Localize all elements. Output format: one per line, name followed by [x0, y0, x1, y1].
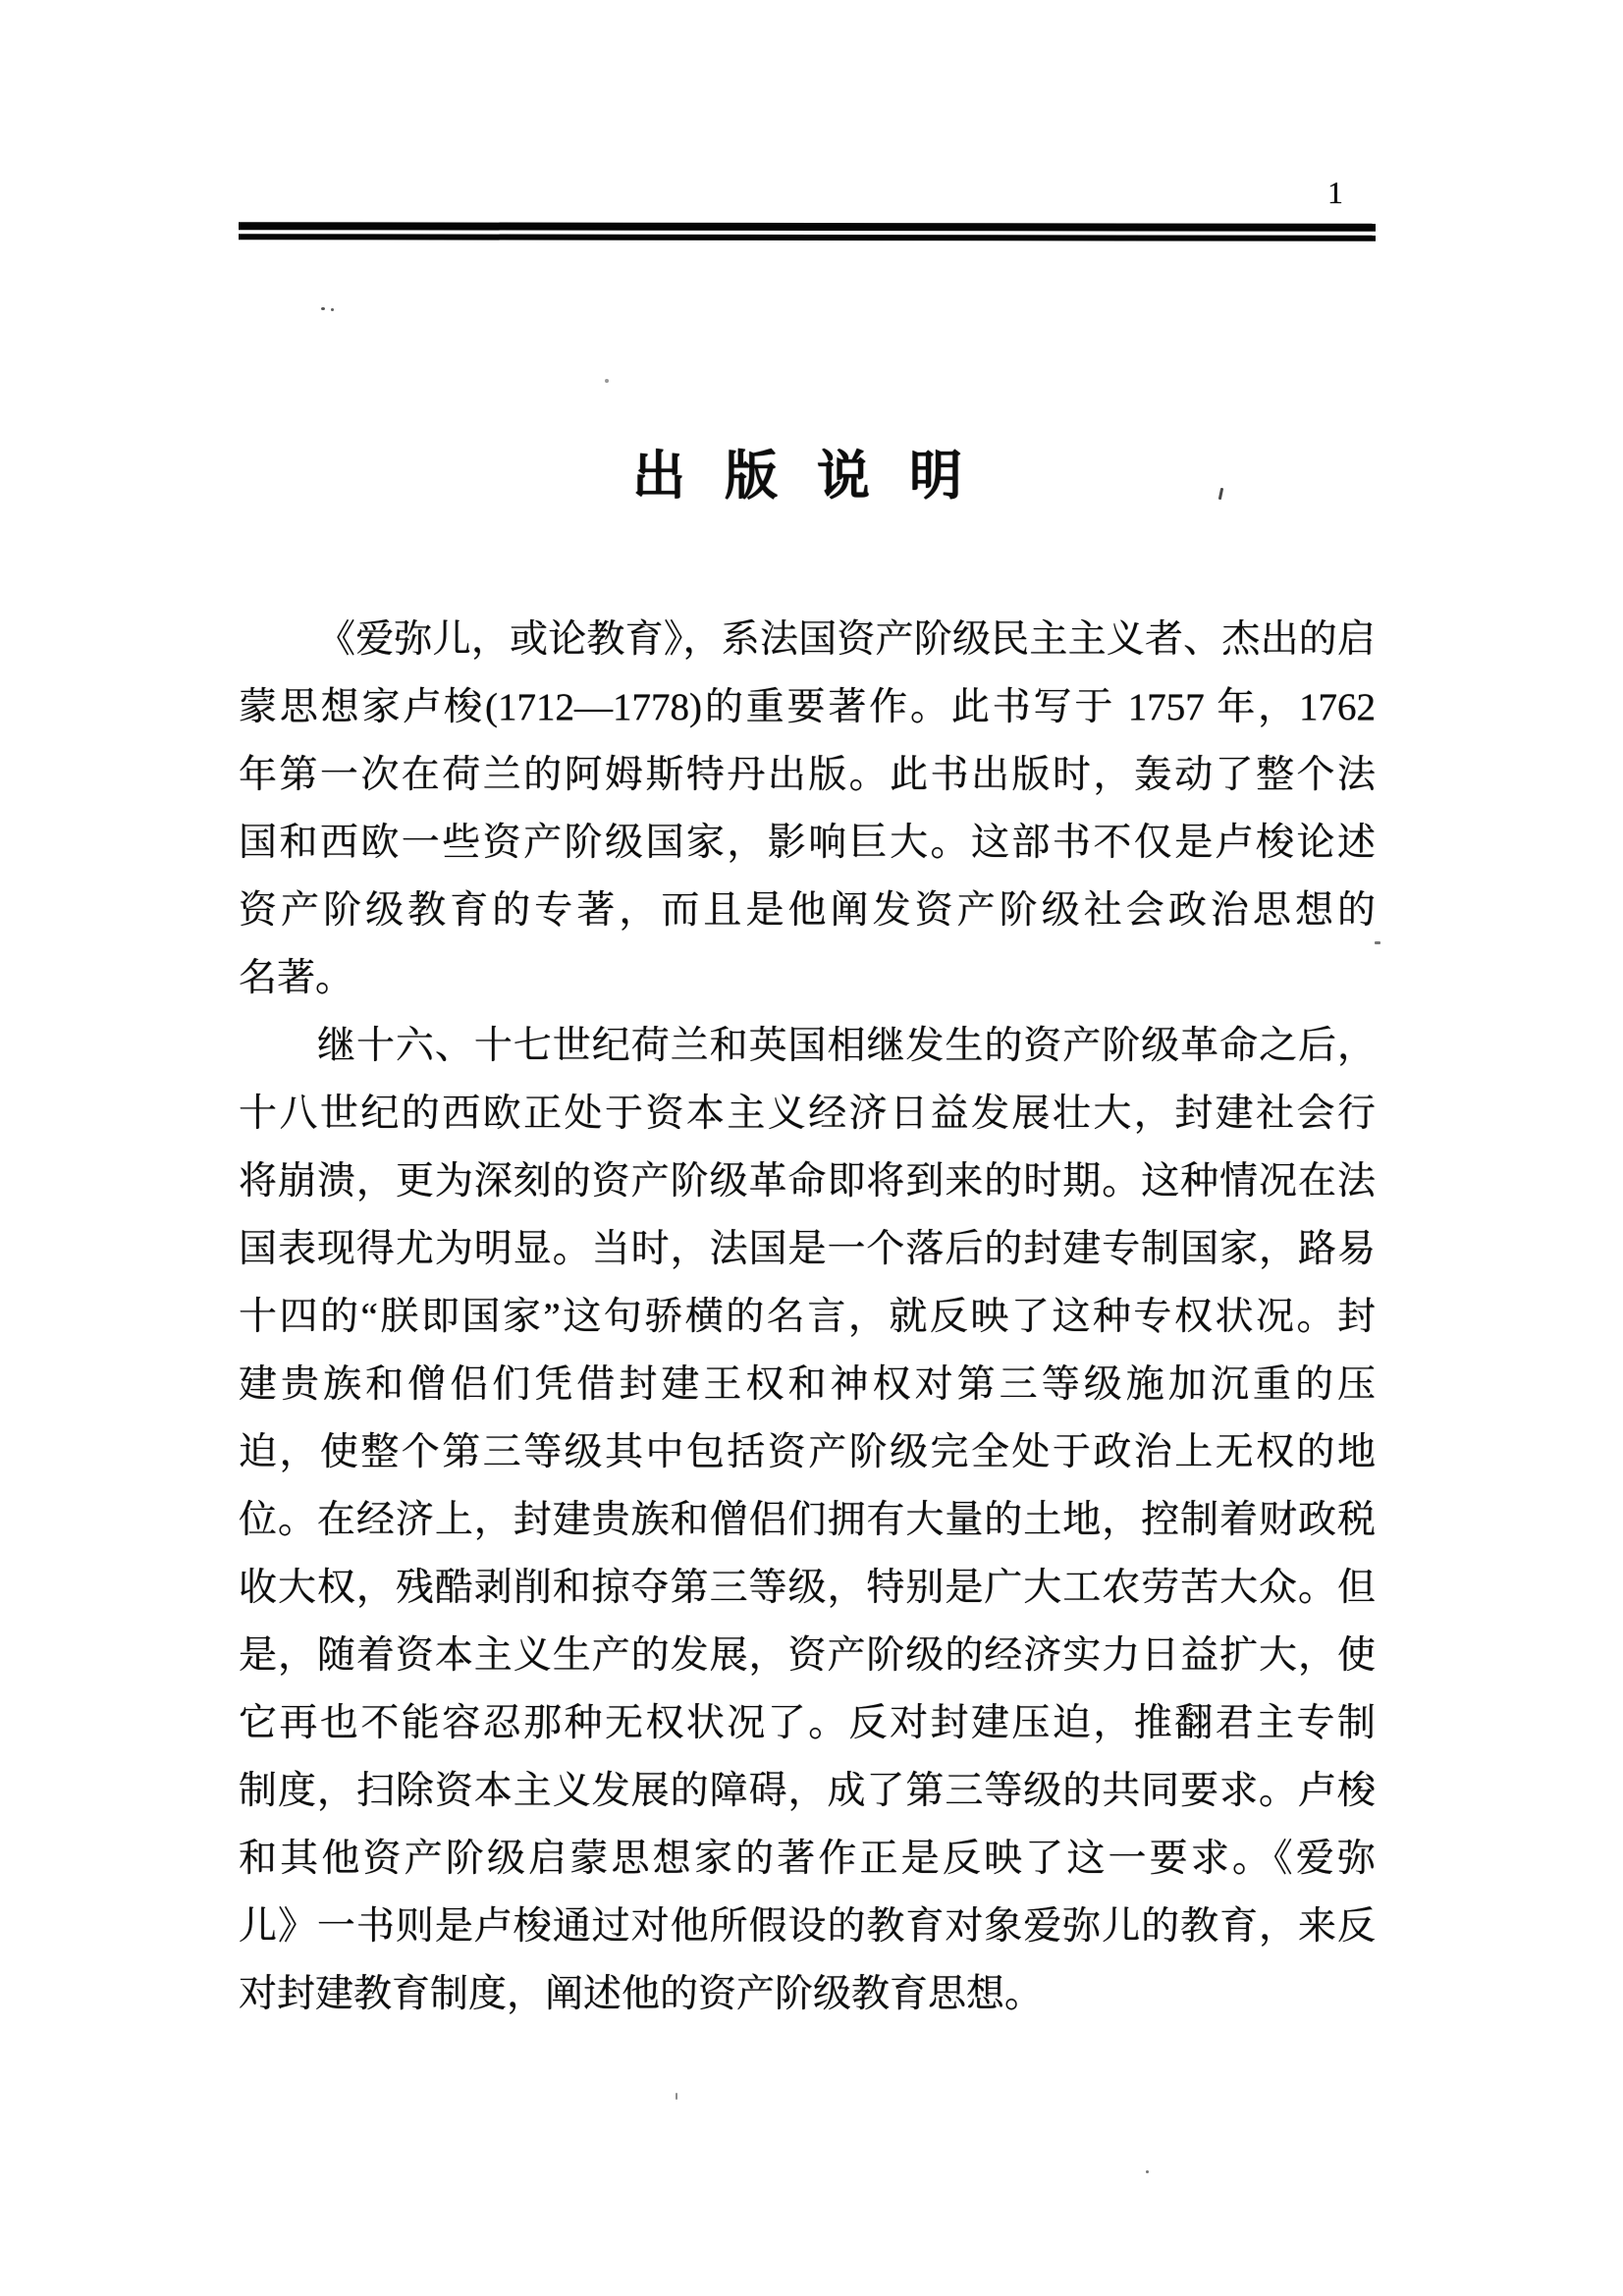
scan-speck	[1146, 2170, 1149, 2173]
text-line: 十八世纪的西欧正处于资本主义经济日益发展壮大，封建社会行	[239, 1080, 1376, 1148]
text-line: 对封建教育制度，阐述他的资产阶级教育思想。	[239, 1960, 1376, 2028]
text-line: 资产阶级教育的专著，而且是他阐发资产阶级社会政治思想的	[239, 877, 1376, 944]
paragraph-1: 《爱弥儿，或论教育》，系法国资产阶级民主主义者、杰出的启 蒙思想家卢梭(1712…	[239, 606, 1376, 1012]
text-line: 制度，扫除资本主义发展的障碍，成了第三等级的共同要求。卢梭	[239, 1757, 1376, 1825]
text-line: 蒙思想家卢梭(1712—1778)的重要著作。此书写于 1757 年，1762	[239, 673, 1376, 741]
text-line: 年第一次在荷兰的阿姆斯特丹出版。此书出版时，轰动了整个法	[239, 741, 1376, 809]
text-line: 迫，使整个第三等级其中包括资产阶级完全处于政治上无权的地	[239, 1418, 1376, 1486]
scan-speck	[676, 2093, 677, 2100]
paragraph-2: 继十六、十七世纪荷兰和英国相继发生的资产阶级革命之后， 十八世纪的西欧正处于资本…	[239, 1012, 1376, 2028]
scan-speck	[321, 307, 325, 310]
text-line: 建贵族和僧侣们凭借封建王权和神权对第三等级施加沉重的压	[239, 1351, 1376, 1418]
text-line: 位。在经济上，封建贵族和僧侣们拥有大量的土地，控制着财政税	[239, 1486, 1376, 1554]
page-title: 出版说明	[239, 444, 1376, 508]
text-line: 《爱弥儿，或论教育》，系法国资产阶级民主主义者、杰出的启	[239, 606, 1376, 673]
text-line: 将崩溃，更为深刻的资产阶级革命即将到来的时期。这种情况在法	[239, 1148, 1376, 1215]
page-number: 1	[1316, 175, 1355, 210]
scan-speck	[331, 308, 334, 311]
text-line: 是，随着资本主义生产的发展，资产阶级的经济实力日益扩大，使	[239, 1622, 1376, 1689]
text-line: 儿》一书则是卢梭通过对他所假设的教育对象爱弥儿的教育，来反	[239, 1893, 1376, 1960]
text-line: 国和西欧一些资产阶级国家，影响巨大。这部书不仅是卢梭论述	[239, 809, 1376, 877]
body-text: 《爱弥儿，或论教育》，系法国资产阶级民主主义者、杰出的启 蒙思想家卢梭(1712…	[239, 606, 1376, 2028]
text-line: 收大权，残酷剥削和掠夺第三等级，特别是广大工农劳苦大众。但	[239, 1554, 1376, 1622]
text-line: 继十六、十七世纪荷兰和英国相继发生的资产阶级革命之后，	[239, 1012, 1376, 1080]
text-line: 它再也不能容忍那种无权状况了。反对封建压迫，推翻君主专制	[239, 1689, 1376, 1757]
text-line: 十四的“朕即国家”这句骄横的名言，就反映了这种专权状况。封	[239, 1283, 1376, 1351]
book-page: 1 出版说明 《爱弥儿，或论教育》，系法国资产阶级民主主义者、杰出的启 蒙思想家…	[0, 0, 1623, 2296]
text-line: 和其他资产阶级启蒙思想家的著作正是反映了这一要求。《爱弥	[239, 1825, 1376, 1893]
header-rule	[239, 222, 1376, 241]
scan-speck	[605, 379, 609, 383]
scan-speck	[1375, 941, 1380, 944]
text-line: 国表现得尤为明显。当时，法国是一个落后的封建专制国家，路易	[239, 1215, 1376, 1283]
text-line: 名著。	[239, 944, 1376, 1012]
